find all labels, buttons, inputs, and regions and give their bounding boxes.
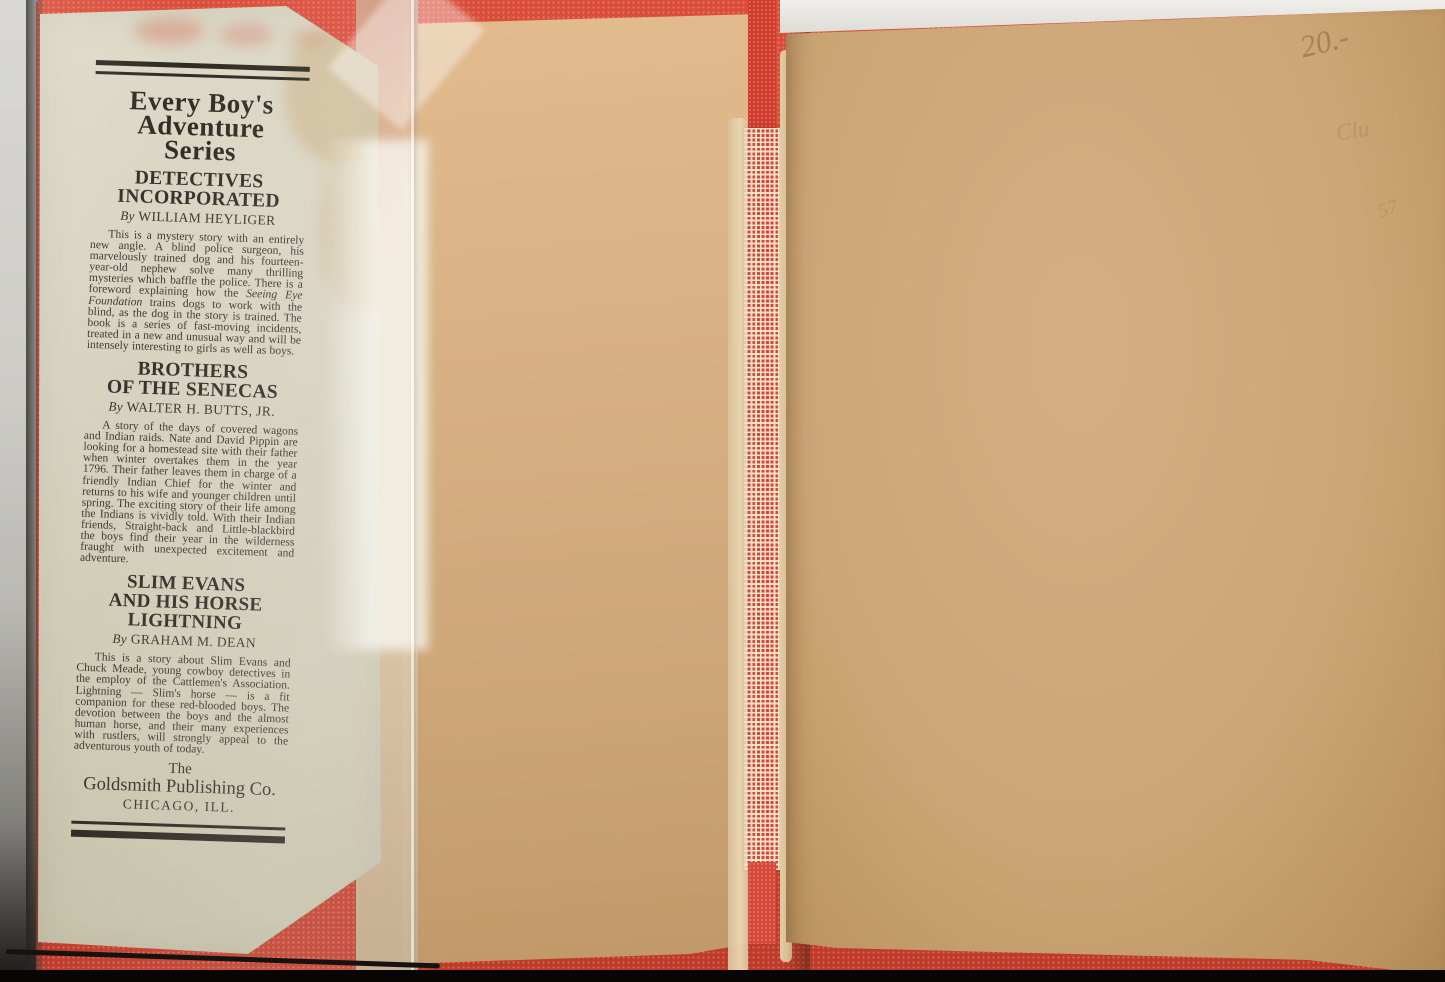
right-flyleaf-page: 20.- Clu 57: [780, 0, 1445, 982]
binding-gauze-mesh: [744, 128, 780, 870]
spine-cloth-bottom: [748, 862, 776, 944]
photo-open-book-inside-cover: 20.- Clu 57 Every Boy's Adventure Series: [0, 0, 1445, 982]
pencil-code-annotation: 57: [1375, 195, 1401, 223]
plastic-sheen: [26, 0, 418, 975]
pencil-note-annotation: Clu: [1334, 116, 1371, 147]
photo-background-bottom-edge: [0, 970, 1445, 982]
left-endpaper-pastedown: [402, 0, 758, 976]
jacket-flap-plastic-protector: Every Boy's Adventure Series DETECTIVES …: [26, 0, 418, 975]
pencil-price-annotation: 20.-: [1296, 19, 1352, 66]
